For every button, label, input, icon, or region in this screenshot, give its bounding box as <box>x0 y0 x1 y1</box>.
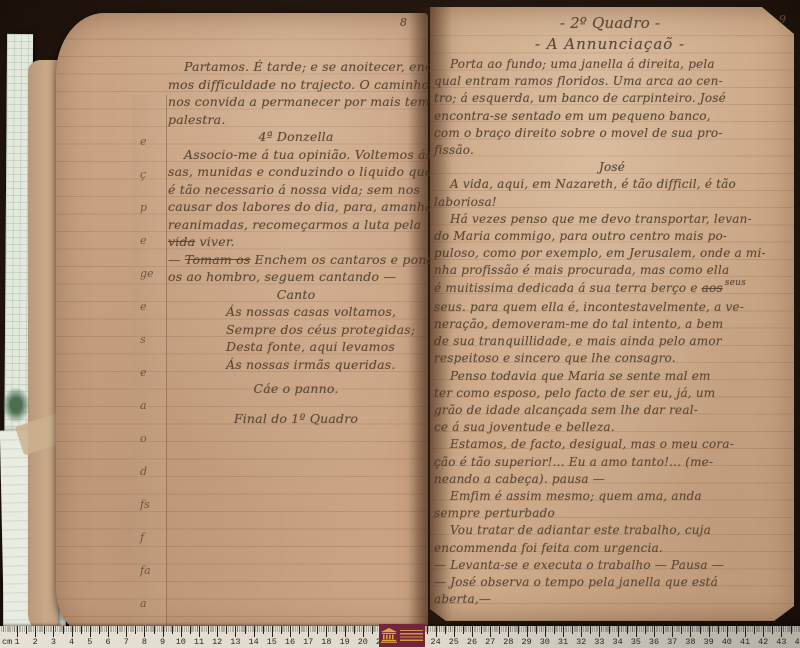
ruler-number: 35 <box>631 637 641 647</box>
manuscript-line: ter como esposo, pelo facto de ser eu, j… <box>434 385 790 402</box>
manuscript-line: Estamos, de facto, desigual, mas o meu c… <box>434 436 790 453</box>
ruler-cm-tick <box>527 626 528 637</box>
ruler-half-cm-tick <box>135 626 136 634</box>
ruler-cm-tick <box>272 626 273 637</box>
ruler-cm-tick <box>144 626 145 637</box>
ruler-number: 43 <box>776 637 786 647</box>
ruler-number: 19 <box>339 637 349 647</box>
ruler-number: 4 <box>69 637 74 647</box>
ruler-half-cm-tick <box>554 626 555 634</box>
page-number-left: 8 <box>400 16 407 29</box>
ruler-half-cm-tick <box>354 626 355 634</box>
ruler-number: 1 <box>14 637 19 647</box>
ruler-number: 20 <box>358 637 368 647</box>
ruler-half-cm-tick <box>590 626 591 634</box>
ruler-half-cm-tick <box>772 626 773 634</box>
edge-letter-fragment: ç <box>140 168 146 181</box>
ruler-half-cm-tick <box>117 626 118 634</box>
edge-letter-fragment: ge <box>140 267 154 280</box>
ruler-number: 7 <box>124 637 129 647</box>
edge-letter-fragment: e <box>140 234 147 247</box>
ruler-half-cm-tick <box>791 626 792 634</box>
manuscript-line: encommenda foi feita com urgencia. <box>434 540 790 557</box>
ruler-number: 42 <box>758 637 768 647</box>
quadro-title: - 2º Quadro - <box>460 14 760 32</box>
ruler-half-cm-tick <box>317 626 318 634</box>
ruler-cm-tick <box>326 626 327 637</box>
ruler-cm-tick <box>35 626 36 637</box>
ruler-half-cm-tick <box>627 626 628 634</box>
manuscript-line: Final do 1º Quadro <box>168 410 424 428</box>
ruler-number: 17 <box>303 637 313 647</box>
ruler-cm-tick <box>690 626 691 637</box>
ruler-half-cm-tick <box>299 626 300 634</box>
ruler-half-cm-tick <box>700 626 701 634</box>
ruler-number: 13 <box>230 637 240 647</box>
manuscript-line: Porta ao fundo; uma janella á direita, p… <box>434 56 790 73</box>
ruler-cm-tick <box>745 626 746 637</box>
manuscript-scan: eçpegeeseaodfsffaa 8 Partamos. É tarde; … <box>0 0 800 648</box>
ruler-cm-tick <box>563 626 564 637</box>
ruler-number: 30 <box>540 637 550 647</box>
ruler-cm-tick <box>545 626 546 637</box>
ruler-half-cm-tick <box>736 626 737 634</box>
manuscript-line: neando a cabeça). pausa — <box>434 471 790 488</box>
ruler-cm-tick <box>636 626 637 637</box>
manuscript-line: Emfim é assim mesmo; quem ama, anda <box>434 488 790 505</box>
ruler-cm-tick <box>308 626 309 637</box>
ruler-cm-tick <box>217 626 218 637</box>
ruler-half-cm-tick <box>263 626 264 634</box>
ruler-half-cm-tick <box>245 626 246 634</box>
manuscript-line: vida viver. <box>168 233 424 251</box>
ruler-half-cm-tick <box>81 626 82 634</box>
ruler-cm-tick <box>181 626 182 637</box>
edge-letter-fragment: d <box>140 465 147 478</box>
manuscript-line: os ao hombro, seguem cantando — <box>168 268 424 286</box>
ruler-cm-tick <box>90 626 91 637</box>
edge-letter-fragment: e <box>140 135 147 148</box>
ruler-number: 40 <box>722 637 732 647</box>
ruler-number: 8 <box>142 637 147 647</box>
ruler-half-cm-tick <box>208 626 209 634</box>
edge-letter-fragment: e <box>140 300 147 313</box>
manuscript-line: Ás nossas irmãs queridas. <box>168 356 424 374</box>
manuscript-line: Partamos. É tarde; e se anoitecer, encon… <box>168 58 424 76</box>
edge-letter-fragment: o <box>140 432 147 445</box>
ruler-number: 29 <box>521 637 531 647</box>
ruler-number: 26 <box>467 637 477 647</box>
ruler-number: 5 <box>87 637 92 647</box>
ruler-cm-tick <box>599 626 600 637</box>
ruler-half-cm-tick <box>536 626 537 634</box>
ruler-cm-tick <box>709 626 710 637</box>
manuscript-line: José <box>434 159 790 176</box>
ruler-half-cm-tick <box>445 626 446 634</box>
ruler-half-cm-tick <box>63 626 64 634</box>
manuscript-line: encontra-se sentado em um pequeno banco, <box>434 108 790 125</box>
ruler-cm-tick <box>763 626 764 637</box>
ruler-number: 24 <box>430 637 440 647</box>
edge-letter-fragment: a <box>140 597 147 610</box>
ruler-number: 28 <box>503 637 513 647</box>
edge-letter-fragment: a <box>140 399 147 412</box>
ruler-cm-tick <box>781 626 782 637</box>
edge-letter-fragment: e <box>140 366 147 379</box>
manuscript-line: Há vezes penso que me devo transportar, … <box>434 211 790 228</box>
ruler-half-cm-tick <box>681 626 682 634</box>
ruler-number: 38 <box>685 637 695 647</box>
manuscript-line: puloso, como por exemplo, em Jerusalem, … <box>434 245 790 262</box>
ruler-half-cm-tick <box>463 626 464 634</box>
ruler-half-cm-tick <box>499 626 500 634</box>
manuscript-line: Associo-me á tua opinião. Voltemos ás ca… <box>168 146 424 164</box>
torn-page-edge: eçpegeeseaodfsffaa <box>132 95 167 635</box>
ruler-cm-tick <box>436 626 437 637</box>
archive-logo-text-lines <box>400 630 423 642</box>
ruler-cm-tick <box>199 626 200 637</box>
manuscript-line: — Levanta-se e executa o trabalho — Paus… <box>434 557 790 574</box>
ruler-number: 10 <box>176 637 186 647</box>
ruler-cm-tick <box>654 626 655 637</box>
ruler-number: 39 <box>703 637 713 647</box>
manuscript-line: Cáe o panno. <box>168 380 424 398</box>
manuscript-line: de sua tranquillidade, e mais ainda pelo… <box>434 333 790 350</box>
manuscript-line: ção é tão superior!... Eu a amo tanto!..… <box>434 454 790 471</box>
ruler-half-cm-tick <box>99 626 100 634</box>
ruler-cm-tick <box>72 626 73 637</box>
ruler-number: 41 <box>740 637 750 647</box>
ruler-half-cm-tick <box>26 626 27 634</box>
ruler-number: 44 <box>794 637 800 647</box>
ruler-cm-tick <box>618 626 619 637</box>
ruler-cm-tick <box>727 626 728 637</box>
ruler-number: 18 <box>321 637 331 647</box>
manuscript-line: com o braço direito sobre o movel de sua… <box>434 125 790 142</box>
right-page-title: - 2º Quadro - - A Annunciaçaõ - <box>460 14 760 53</box>
ruler-cm-tick <box>126 626 127 637</box>
edge-letter-fragment: p <box>140 201 147 214</box>
ruler-cm-tick <box>581 626 582 637</box>
manuscript-line: mos difficuldade no trajecto. O caminho … <box>168 76 424 94</box>
manuscript-line: aberta,— <box>434 591 790 608</box>
manuscript-line: reanimadas, recomeçarmos a luta pela <box>168 216 424 234</box>
manuscript-line: fissão. <box>434 142 790 159</box>
manuscript-line: Sempre dos céus protegidas; <box>168 321 424 339</box>
archive-logo <box>379 624 425 647</box>
ruler-number: 36 <box>649 637 659 647</box>
manuscript-line: sas, munidas e conduzindo o liquido que <box>168 163 424 181</box>
manuscript-line: nos convida a permanecer por mais tempo … <box>168 93 424 111</box>
ruler-number: 15 <box>267 637 277 647</box>
ruler-cm-tick <box>672 626 673 637</box>
ruler-cm-tick <box>490 626 491 637</box>
manuscript-line: respeitoso e sincero que lhe consagro. <box>434 350 790 367</box>
ruler-cm-tick <box>53 626 54 637</box>
ruler-number: 33 <box>594 637 604 647</box>
ruler-half-cm-tick <box>172 626 173 634</box>
page-edge-strip <box>28 60 58 635</box>
left-page-text: Partamos. É tarde; e se anoitecer, encon… <box>168 58 424 427</box>
ruler-number: 34 <box>612 637 622 647</box>
stain <box>3 388 29 422</box>
ruler-half-cm-tick <box>281 626 282 634</box>
manuscript-line: A vida, aqui, em Nazareth, é tão diffici… <box>434 176 790 193</box>
ruler-half-cm-tick <box>754 626 755 634</box>
ruler-cm-tick <box>254 626 255 637</box>
ruler-number: 2 <box>33 637 38 647</box>
ruler-half-cm-tick <box>572 626 573 634</box>
manuscript-line: Vou tratar de adiantar este trabalho, cu… <box>434 522 790 539</box>
ruler-half-cm-tick <box>718 626 719 634</box>
manuscript-line: tro; á esquerda, um banco de carpinteiro… <box>434 90 790 107</box>
manuscript-line: ce á sua joventude e belleza. <box>434 419 790 436</box>
ruler-half-cm-tick <box>663 626 664 634</box>
manuscript-line: palestra. <box>168 111 424 129</box>
manuscript-line: sempre perturbado <box>434 505 790 522</box>
ruler-number: 16 <box>285 637 295 647</box>
ruler-half-cm-tick <box>226 626 227 634</box>
manuscript-line: neração, demoveram-me do tal intento, a … <box>434 316 790 333</box>
ruler-half-cm-tick <box>481 626 482 634</box>
edge-letter-fragment: fa <box>140 564 151 577</box>
scene-title: - A Annunciaçaõ - <box>460 35 760 53</box>
ruler-cm-tick <box>472 626 473 637</box>
edge-letter-fragment: fs <box>140 498 150 511</box>
manuscript-line: causar dos labores do dia, para, amanhã, <box>168 198 424 216</box>
ruler-half-cm-tick <box>154 626 155 634</box>
ruler-cm-tick <box>454 626 455 637</box>
ruler-cm-tick <box>363 626 364 637</box>
ruler-cm-tick <box>290 626 291 637</box>
ruler-number: 9 <box>160 637 165 647</box>
manuscript-line: qual entram ramos floridos. Uma arca ao … <box>434 73 790 90</box>
ruler-half-cm-tick <box>645 626 646 634</box>
ruler-number: 3 <box>51 637 56 647</box>
edge-letter-fragment: s <box>140 333 146 346</box>
manuscript-line: 4ª Donzella <box>168 128 424 146</box>
ruler-number: 12 <box>212 637 222 647</box>
ruler-cm-tick <box>235 626 236 637</box>
ruler-number: 14 <box>248 637 258 647</box>
manuscript-line: do Maria commigo, para outro centro mais… <box>434 228 790 245</box>
manuscript-line: grão de idade alcançada sem lhe dar real… <box>434 402 790 419</box>
ruler-number: 11 <box>194 637 204 647</box>
ruler-cm-tick <box>17 626 18 637</box>
ruler-number: 37 <box>667 637 677 647</box>
edge-letter-fragment: f <box>140 531 144 544</box>
ruler-number: 31 <box>558 637 568 647</box>
ruler-half-cm-tick <box>427 626 428 634</box>
ruler-cm-tick <box>163 626 164 637</box>
manuscript-line: — Tomam os Enchem os cantaros e pondo- <box>168 251 424 269</box>
ruler-half-cm-tick <box>336 626 337 634</box>
ruler-number: 27 <box>485 637 495 647</box>
manuscript-line: Ás nossas casas voltamos, <box>168 303 424 321</box>
ruler-unit-label: cm <box>2 637 12 647</box>
ruler-number: 32 <box>576 637 586 647</box>
manuscript-line: é muitissima dedicada á sua terra berço … <box>434 280 790 299</box>
manuscript-line: — José observa o tempo pela janella que … <box>434 574 790 591</box>
right-page-text: Porta ao fundo; uma janella á direita, p… <box>434 56 790 609</box>
manuscript-line: seus. para quem ella é, incontestavelmen… <box>434 299 790 316</box>
manuscript-line: Desta fonte, aqui levamos <box>168 338 424 356</box>
ruler-cm-tick <box>108 626 109 637</box>
page-number-right: 9 <box>779 13 786 26</box>
ruler-half-cm-tick <box>609 626 610 634</box>
manuscript-line: Canto <box>168 286 424 304</box>
manuscript-line: é tão necessario á nossa vida; sem nos <box>168 181 424 199</box>
manuscript-line: Penso todavia que Maria se sente mal em <box>434 368 790 385</box>
manuscript-line: laboriosa! <box>434 194 790 211</box>
ruler-half-cm-tick <box>44 626 45 634</box>
ruler-number: 6 <box>105 637 110 647</box>
ruler-half-cm-tick <box>190 626 191 634</box>
ruler-cm-tick <box>345 626 346 637</box>
ruler-cm-tick <box>508 626 509 637</box>
ruler-half-cm-tick <box>372 626 373 634</box>
ruler-half-cm-tick <box>518 626 519 634</box>
building-columns-icon <box>381 628 397 643</box>
ruler-number: 25 <box>449 637 459 647</box>
